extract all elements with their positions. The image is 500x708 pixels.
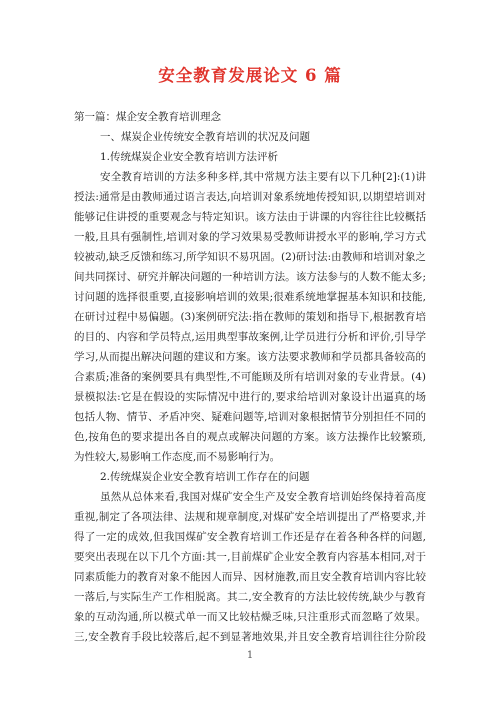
document-page: 安全教育发展论文 6 篇 第一篇：煤企安全教育培训理念一、煤炭企业传统安全教育培… [0,0,500,708]
text-line: 同素质能力的教育对象不能因人而异、因材施教,而且安全教育培训内容比较单 [74,567,426,587]
text-line: 合素质;准备的案例要具有典型性,不可能顾及所有培训对象的专业背景。(4)情 [74,367,426,387]
page-number: 1 [0,648,500,664]
text-line: 要突出表现在以下几个方面:其一,目前煤矿企业安全教育内容基本相同,对于不 [74,547,426,567]
text-line: 第一篇：煤企安全教育培训理念 [74,107,426,127]
text-line: 虽然从总体来看,我国对煤矿安全生产及安全教育培训始终保持着高度的 [74,487,426,507]
text-line: 景模拟法:它是在假设的实际情况中进行的,要求给培训对象设计出逼真的场景, [74,387,426,407]
text-line: 间共同探讨、研究并解决问题的一种培训方法。该方法参与的人数不能太多;研 [74,267,426,287]
document-body: 第一篇：煤企安全教育培训理念一、煤炭企业传统安全教育培训的状况及问题1.传统煤炭… [74,107,426,647]
text-line: 包括人物、情节、矛盾冲突、疑难问题等,培训对象根据情节分别担任不同的角 [74,407,426,427]
text-line: 重视,制定了各项法律、法规和规章制度,对煤矿安全培训提出了严格要求,并取 [74,507,426,527]
text-line: 1.传统煤炭企业安全教育培训方法评析 [74,147,426,167]
text-line: 讨问题的选择很重要,直接影响培训的效果;很难系统地掌握基本知识和技能,且 [74,287,426,307]
text-line: 安全教育培训的方法多种多样,其中常规方法主要有以下几种[2]:(1)讲 [74,167,426,187]
text-line: 象的互动沟通,所以模式单一而又比较枯燥乏味,只注重形式而忽略了效果。其 [74,607,426,627]
text-line: 能够记住讲授的重要观念与特定知识。该方法由于讲课的内容往往比较概括和 [74,207,426,227]
text-line: 授法:通常是由教师通过语言表达,向培训对象系统地传授知识,以期望培训对象 [74,187,426,207]
text-line: 学习,从而提出解决问题的建议和方案。该方法要求教师和学员都具备较高的综 [74,347,426,367]
text-line: 一般,且具有强制性,培训对象的学习效果易受教师讲授水平的影响,学习方式比 [74,227,426,247]
text-line: 色,按角色的要求提出各自的观点或解决问题的方案。该方法操作比较繁琐,人 [74,427,426,447]
text-line: 2.传统煤炭企业安全教育培训工作存在的问题 [74,467,426,487]
document-title: 安全教育发展论文 6 篇 [0,62,500,86]
text-line: 较被动,缺乏反馈和练习,所学知识不易巩固。(2)研讨法:由教师和培训对象之 [74,247,426,267]
text-line: 得了一定的成效,但我国煤矿安全教育培训工作还是存在着各种各样的问题,主 [74,527,426,547]
text-line: 一、煤炭企业传统安全教育培训的状况及问题 [74,127,426,147]
text-line: 一落后,与实际生产工作相脱离。其二,安全教育的方法比较传统,缺少与教育对 [74,587,426,607]
text-line: 在研讨过程中易偏题。(3)案例研究法:指在教师的策划和指导下,根据教育培训 [74,307,426,327]
text-line: 为性较大,易影响工作态度,而不易影响行为。 [74,447,426,467]
text-line: 的目的、内容和学员特点,运用典型事故案例,让学员进行分析和评价,引导学员 [74,327,426,347]
text-line: 三,安全教育手段比较落后,起不到显著地效果,并且安全教育培训往往分阶段或 [74,627,426,647]
